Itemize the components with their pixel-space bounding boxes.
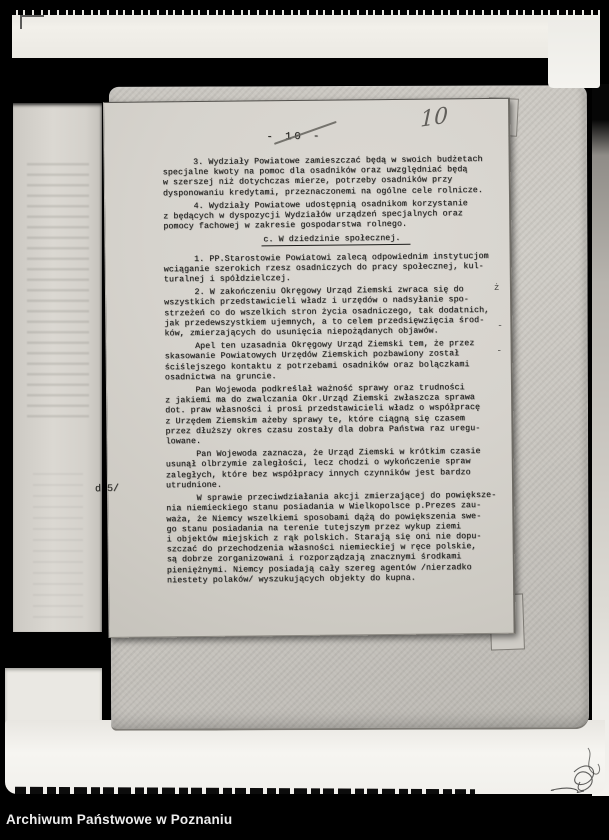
stray-typewriter-mark: - [497,346,503,356]
section-heading-text: c. W dziedzinie społecznej. [261,234,410,247]
top-paper-strip-right [548,10,600,88]
ghost-text-showthrough [33,473,83,623]
paragraph: W sprawie przeciwdziałania akcji zmierza… [166,491,512,586]
archival-photograph: - 10 - 10 3. Wydziały Powiatowe zamieszc… [0,0,609,840]
paragraph: Pan Wojewoda podkreślał ważność sprawy o… [165,383,511,448]
paragraph: Pan Wojewoda zaznacza, że Urząd Ziemski … [166,447,511,491]
typed-text-block: 3. Wydziały Powiatowe zamieszczać będą w… [163,155,512,590]
pencil-scribbles [540,742,606,800]
frame-corner-mark-left [20,15,44,29]
paragraph: 4. Wydziały Powiatowe udostępnią osadnik… [163,199,508,233]
paragraph: 3. Wydziały Powiatowe zamieszczać będą w… [163,155,508,199]
archive-watermark: Archiwum Państwowe w Poznaniu [6,812,232,827]
section-heading: c. W dziedzinie społecznej. [163,233,508,247]
film-edge-ticks [0,10,609,15]
left-margin-note: d 5/ [95,484,119,495]
paragraph: 2. W zakończeniu Okręgowy Urząd Ziemski … [164,285,510,340]
film-top-strip [0,0,609,10]
torn-paper-edge [15,787,475,797]
top-paper-strip [12,10,598,58]
stack-right-edge [592,84,609,796]
handwritten-page-number: 10 [420,103,448,133]
paragraph: 1. PP.Starostowie Powiatowi zalecą odpow… [164,251,509,285]
underlying-page-left-edge [13,103,102,632]
paragraph: Apel ten uzasadnia Okręgowy Urząd Ziemsk… [165,339,510,383]
stray-typewriter-mark: - [497,321,503,331]
document-page: - 10 - 10 3. Wydziały Powiatowe zamieszc… [103,98,516,638]
underlying-bottom-sheet [5,720,605,794]
stray-typewriter-mark: ż [494,283,500,293]
ghost-text-showthrough [27,163,89,418]
